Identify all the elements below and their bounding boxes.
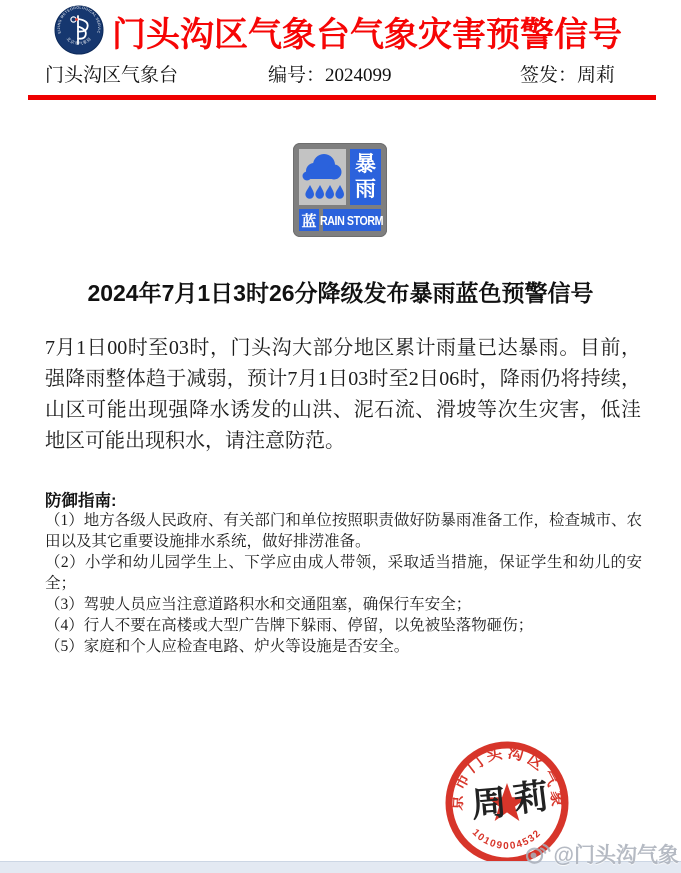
warning-char-top: 暴 [355, 152, 376, 177]
document-title: 2024年7月1日3时26分降级发布暴雨蓝色预警信号 [0, 275, 681, 308]
weibo-icon [524, 842, 551, 866]
warning-name-en-text: RAIN STORM [320, 213, 383, 228]
defense-guide-list: （1）地方各级人民政府、有关部门和单位按照职责做好防暴雨准备工作，检查城市、农田… [45, 510, 642, 657]
issuer: 签发：周莉 [520, 60, 615, 87]
issuing-agency: 门头沟区气象台 [45, 60, 178, 87]
warning-body-text: 7月1日00时至03时，门头沟大部分地区累计雨量已达暴雨。目前，强降雨整体趋于减… [45, 333, 641, 457]
warning-notice-page: BEIJING METEOROLOGICAL SERVICE 北京市气象局 门头… [0, 0, 681, 873]
beijing-meteorological-service-logo: BEIJING METEOROLOGICAL SERVICE 北京市气象局 [54, 5, 104, 55]
warning-level-badge: 蓝 [299, 209, 319, 231]
watermark-handle: @门头沟气象 [554, 839, 679, 869]
guide-item: （2）小学和幼儿园学生上、下学应由成人带领，采取适当措施，保证学生和幼儿的安全； [45, 552, 642, 594]
rainstorm-blue-warning-icon: 暴 雨 蓝 RAIN STORM [293, 143, 387, 237]
document-number-label: 编号： [268, 65, 325, 86]
guide-item: （5）家庭和个人应检查电路、炉火等设施是否安全。 [45, 636, 642, 657]
seal-signature-left: 周 [470, 783, 508, 825]
banner-title: 门头沟区气象台气象灾害预警信号 [112, 7, 672, 56]
logo-red-dot [75, 18, 78, 21]
warning-char-bottom: 雨 [355, 177, 376, 202]
guide-item: （4）行人不要在高楼或大型广告牌下躲雨、停留，以免被坠落物砸伤； [45, 615, 642, 636]
guide-item: （3）驾驶人员应当注意道路积水和交通阻塞，确保行车安全； [45, 594, 642, 615]
warning-name-cn: 暴 雨 [350, 149, 381, 205]
header-divider-rule [28, 95, 656, 100]
issuer-value: 周莉 [577, 65, 615, 86]
defense-guide-heading: 防御指南: [45, 487, 117, 511]
rain-cloud-icon [299, 149, 346, 205]
seal-signature-right: 莉 [511, 777, 551, 820]
warning-name-en: RAIN STORM [323, 209, 381, 231]
document-number-value: 2024099 [325, 65, 392, 86]
issuer-label: 签发： [520, 65, 577, 86]
weibo-watermark: @门头沟气象 [524, 839, 679, 869]
guide-item: （1）地方各级人民政府、有关部门和单位按照职责做好防暴雨准备工作，检查城市、农田… [45, 510, 642, 552]
document-number: 编号：2024099 [268, 60, 392, 87]
warning-level-text: 蓝 [301, 210, 316, 231]
